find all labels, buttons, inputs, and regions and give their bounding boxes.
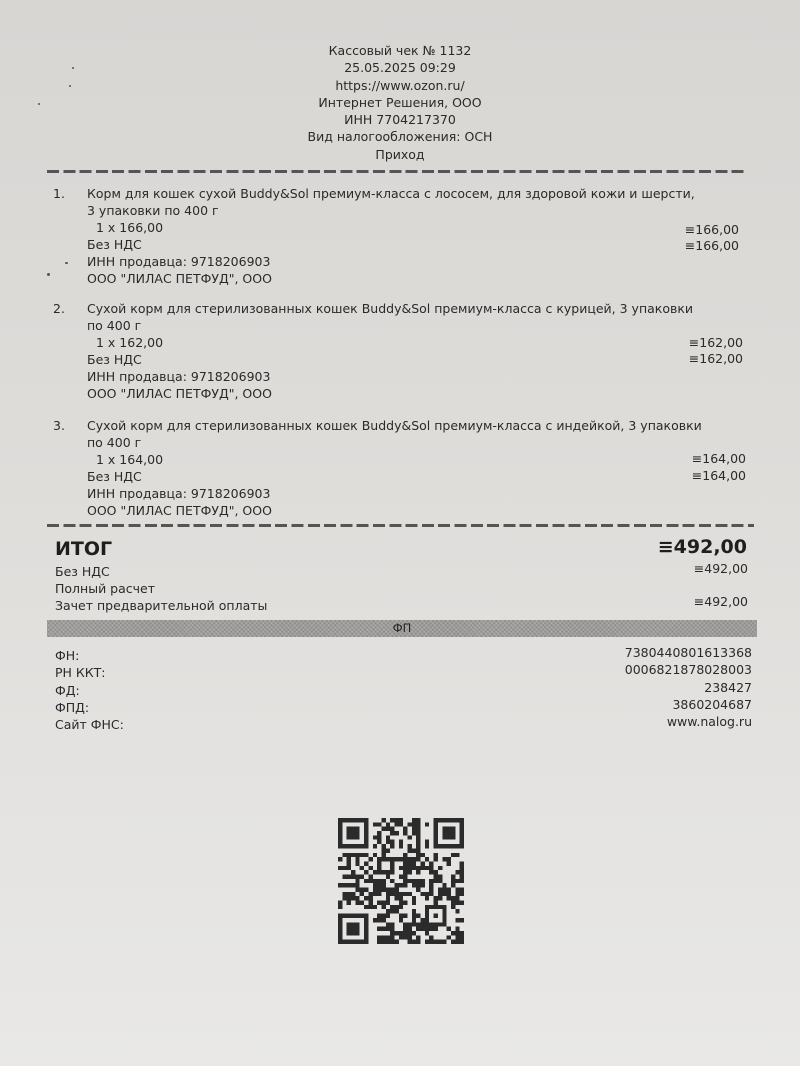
receipt-datetime: 25.05.2025 09:29 (200, 59, 600, 76)
fiscal-label: ФН: (55, 647, 79, 664)
fiscal-data: ФН: 7380440801613368 РН ККТ: 00068218780… (0, 647, 800, 733)
receipt: Кассовый чек № 1132 25.05.2025 09:29 htt… (0, 0, 800, 1066)
fiscal-label: РН ККТ: (55, 664, 106, 681)
fiscal-value: 0006821878028003 (625, 661, 752, 678)
divider (47, 524, 754, 527)
item-name: Корм для кошек сухой Buddy&Sol премиум-к… (87, 185, 687, 202)
tax-system: Вид налогообложения: ОСН (200, 128, 600, 145)
item-vat: Без НДС (87, 468, 687, 485)
company-name: Интернет Решения, ООО (200, 94, 600, 111)
item-vat: Без НДС (87, 236, 687, 253)
fiscal-label: ФД: (55, 682, 80, 699)
prepayment-label: Зачет предварительной оплаты (55, 597, 267, 614)
item-vat-sum: ≡164,00 (692, 467, 746, 484)
fiscal-row-fns-site: Сайт ФНС: www.nalog.ru (0, 716, 800, 733)
prepayment-value: ≡492,00 (694, 593, 748, 610)
store-url: https://www.ozon.ru/ (200, 77, 600, 94)
fiscal-value: 3860204687 (672, 696, 752, 713)
fiscal-label: Сайт ФНС: (55, 716, 124, 733)
item-name: Сухой корм для стерилизованных кошек Bud… (87, 300, 687, 317)
payment-type: Полный расчет (55, 580, 155, 597)
speck (47, 273, 50, 276)
item-seller-inn: ИНН продавца: 9718206903 (87, 368, 687, 385)
item-name-cont: 3 упаковки по 400 г (87, 202, 687, 219)
total-vat-label: Без НДС (55, 563, 110, 580)
item-seller-name: ООО "ЛИЛАС ПЕТФУД", ООО (87, 502, 687, 519)
qr-code-icon (338, 818, 464, 944)
item-seller-name: ООО "ЛИЛАС ПЕТФУД", ООО (87, 385, 687, 402)
item-vat-sum: ≡166,00 (685, 237, 739, 254)
divider (47, 170, 744, 173)
item-qty-price: 1 x 166,00 (87, 219, 687, 236)
speck (72, 67, 74, 69)
company-inn: ИНН 7704217370 (200, 111, 600, 128)
item-seller-inn: ИНН продавца: 9718206903 (87, 253, 687, 270)
item-name: Сухой корм для стерилизованных кошек Bud… (87, 417, 687, 434)
item-number: 2. (53, 300, 65, 317)
total-vat-value: ≡492,00 (694, 560, 748, 577)
item-sum: ≡164,00 (692, 450, 746, 467)
item-number: 3. (53, 417, 65, 434)
speck (65, 262, 68, 264)
item-vat: Без НДС (87, 351, 687, 368)
fiscal-row-rn-kkt: РН ККТ: 0006821878028003 (0, 664, 800, 681)
fiscal-value: 238427 (704, 679, 752, 696)
item-sum: ≡166,00 (685, 221, 739, 238)
fiscal-value: www.nalog.ru (667, 713, 752, 730)
item-number: 1. (53, 185, 65, 202)
item-seller-inn: ИНН продавца: 9718206903 (87, 485, 687, 502)
item-name-cont: по 400 г (87, 434, 687, 451)
item-qty-price: 1 x 162,00 (87, 334, 687, 351)
speck (69, 85, 71, 87)
fiscal-label: ФПД: (55, 699, 89, 716)
total-value: ≡492,00 (658, 535, 747, 559)
item-vat-sum: ≡162,00 (689, 350, 743, 367)
receipt-header: Кассовый чек № 1132 25.05.2025 09:29 htt… (200, 42, 600, 163)
item-sum: ≡162,00 (689, 334, 743, 351)
item-qty-price: 1 x 164,00 (87, 451, 687, 468)
speck (38, 103, 40, 105)
fiscal-value: 7380440801613368 (625, 644, 752, 661)
total-label: ИТОГ (55, 537, 112, 561)
receipt-title: Кассовый чек № 1132 (200, 42, 600, 59)
item-name-cont: по 400 г (87, 317, 687, 334)
item-seller-name: ООО "ЛИЛАС ПЕТФУД", ООО (87, 270, 687, 287)
fp-bar: ФП (47, 620, 757, 637)
operation-type: Приход (200, 146, 600, 163)
